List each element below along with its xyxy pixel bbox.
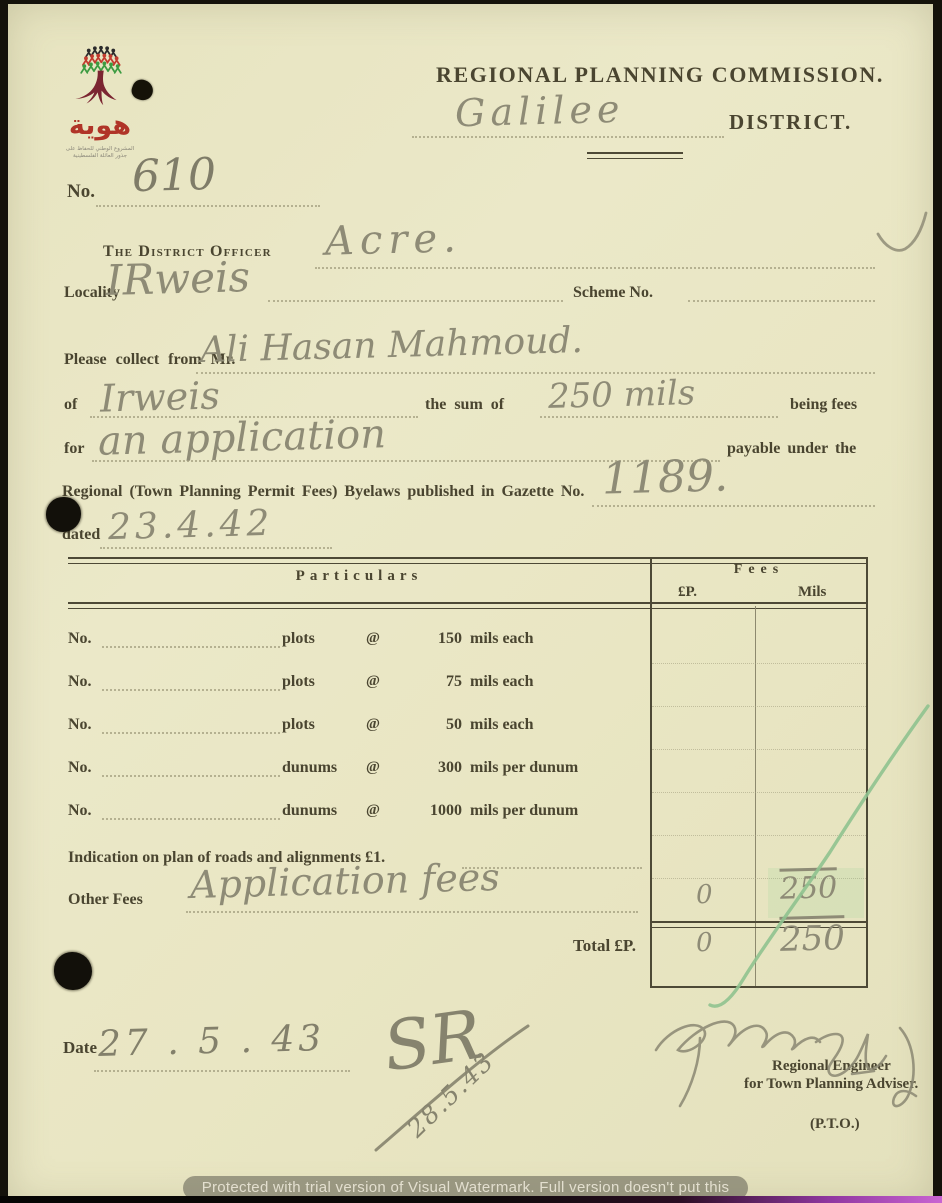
gazette-rule	[592, 503, 875, 507]
for-label: for	[64, 440, 84, 458]
gazette-no-handwritten: 1189.	[601, 454, 728, 501]
collect-name-handwritten: Ali Hasan Mahmoud.	[200, 323, 584, 369]
district-rule	[412, 134, 724, 138]
table-row: No. plots @ 75 mils each	[68, 673, 650, 695]
fees-row-rule	[652, 705, 866, 707]
row-rate: mils each	[470, 673, 534, 691]
engineer-title-line1: Regional Engineer	[772, 1058, 891, 1075]
row-fill-rule	[102, 644, 280, 648]
row-rate: mils each	[470, 630, 534, 648]
page-title: REGIONAL PLANNING COMMISSION.	[436, 62, 884, 88]
row-rate: mils each	[470, 716, 534, 734]
no-value-handwritten: 610	[131, 153, 216, 199]
dated-value-handwritten: 23.4.42	[108, 506, 274, 546]
other-fees-pounds-handwritten: 0	[696, 882, 713, 908]
row-unit: dunums	[282, 802, 337, 820]
sum-rule	[540, 414, 778, 418]
tree-trunk	[75, 71, 116, 106]
date-value-handwritten: 27 . 5 . 43	[98, 1021, 326, 1063]
other-fees-value-handwritten: Application fees	[190, 858, 501, 904]
row-qty: 1000	[398, 802, 462, 820]
row-at-sign: @	[366, 716, 380, 733]
row-rate: mils per dunum	[470, 802, 578, 820]
officer-place-handwritten: Acre.	[324, 218, 462, 262]
huwiyya-tree-logo-icon	[72, 44, 130, 110]
fees-header: Fees	[652, 562, 866, 578]
table-bottom-border	[650, 986, 868, 988]
punch-hole	[46, 497, 81, 532]
pto-label: (P.T.O.)	[810, 1116, 860, 1133]
row-qty: 300	[398, 759, 462, 777]
locality-value-handwritten: IRweis	[105, 256, 250, 302]
logo-arabic-subtitle: المشروع الوطني للحفاظ على جذور العائلة ا…	[58, 146, 142, 160]
fees-row-rule	[652, 791, 866, 793]
table-row: No. dunums @ 300 mils per dunum	[68, 759, 650, 781]
fees-row-rule	[652, 662, 866, 664]
logo-subtitle-line1: المشروع الوطني للحفاظ على	[58, 146, 142, 153]
row-qty: 150	[398, 630, 462, 648]
header-divider	[587, 152, 683, 159]
table-row: No. plots @ 50 mils each	[68, 716, 650, 738]
pounds-column-header: £P.	[678, 584, 697, 601]
row-fill-rule	[102, 773, 280, 777]
being-fees-label: being fees	[790, 396, 857, 414]
row-at-sign: @	[366, 759, 380, 776]
mils-column-header: Mils	[798, 584, 826, 601]
sum-label: the sum of	[425, 396, 504, 414]
bottom-scan-edge	[0, 1196, 942, 1203]
particulars-header: Particulars	[68, 568, 650, 585]
row-unit: plots	[282, 673, 315, 691]
scheme-rule	[688, 298, 875, 302]
row-at-sign: @	[366, 802, 380, 819]
district-handwritten: Galilee	[455, 90, 625, 132]
row-qty: 75	[398, 673, 462, 691]
document-page: هوية المشروع الوطني للحفاظ على جذور العا…	[0, 0, 942, 1203]
of-label: of	[64, 396, 77, 414]
scheme-no-label: Scheme No.	[573, 284, 653, 302]
row-unit: plots	[282, 630, 315, 648]
district-label: DISTRICT.	[729, 110, 852, 135]
payable-label: payable under the	[727, 440, 856, 458]
logo-arabic-title: هوية	[68, 112, 132, 139]
row-no-label: No.	[68, 673, 92, 691]
other-fees-mils-handwritten: 250	[780, 873, 838, 904]
punch-hole	[54, 952, 92, 990]
row-qty: 50	[398, 716, 462, 734]
row-no-label: No.	[68, 802, 92, 820]
no-label: No.	[67, 181, 95, 203]
row-unit: dunums	[282, 759, 337, 777]
row-at-sign: @	[366, 673, 380, 690]
table-row: No. dunums @ 1000 mils per dunum	[68, 802, 650, 824]
dated-rule	[100, 545, 332, 549]
total-mils-handwritten: 250	[780, 921, 846, 957]
row-unit: plots	[282, 716, 315, 734]
row-at-sign: @	[366, 630, 380, 647]
table-header-separator	[68, 602, 868, 609]
logo-subtitle-line2: جذور العائلة الفلسطينية	[58, 153, 142, 160]
row-no-label: No.	[68, 759, 92, 777]
officer-rule	[315, 265, 875, 269]
total-pounds-handwritten: 0	[696, 930, 713, 956]
date-rule	[94, 1068, 350, 1072]
collect-rule	[196, 370, 875, 374]
other-fees-rule	[186, 909, 638, 913]
row-no-label: No.	[68, 630, 92, 648]
row-fill-rule	[102, 730, 280, 734]
fees-row-rule	[652, 748, 866, 750]
row-rate: mils per dunum	[470, 759, 578, 777]
no-rule	[96, 203, 320, 207]
row-fill-rule	[102, 816, 280, 820]
locality-rule	[268, 298, 563, 302]
table-row: No. plots @ 150 mils each	[68, 630, 650, 652]
fees-row-rule	[652, 834, 866, 836]
date-label: Date	[63, 1038, 97, 1058]
other-fees-label: Other Fees	[68, 891, 143, 909]
sum-value-handwritten: 250 mils	[548, 376, 696, 414]
for-value-handwritten: an application	[98, 414, 387, 462]
row-fill-rule	[102, 687, 280, 691]
total-label: Total £P.	[573, 936, 636, 956]
engineer-title-line2: for Town Planning Adviser.	[744, 1076, 918, 1093]
byelaws-label: Regional (Town Planning Permit Fees) Bye…	[62, 483, 584, 501]
row-no-label: No.	[68, 716, 92, 734]
of-place-handwritten: Irweis	[100, 376, 221, 417]
